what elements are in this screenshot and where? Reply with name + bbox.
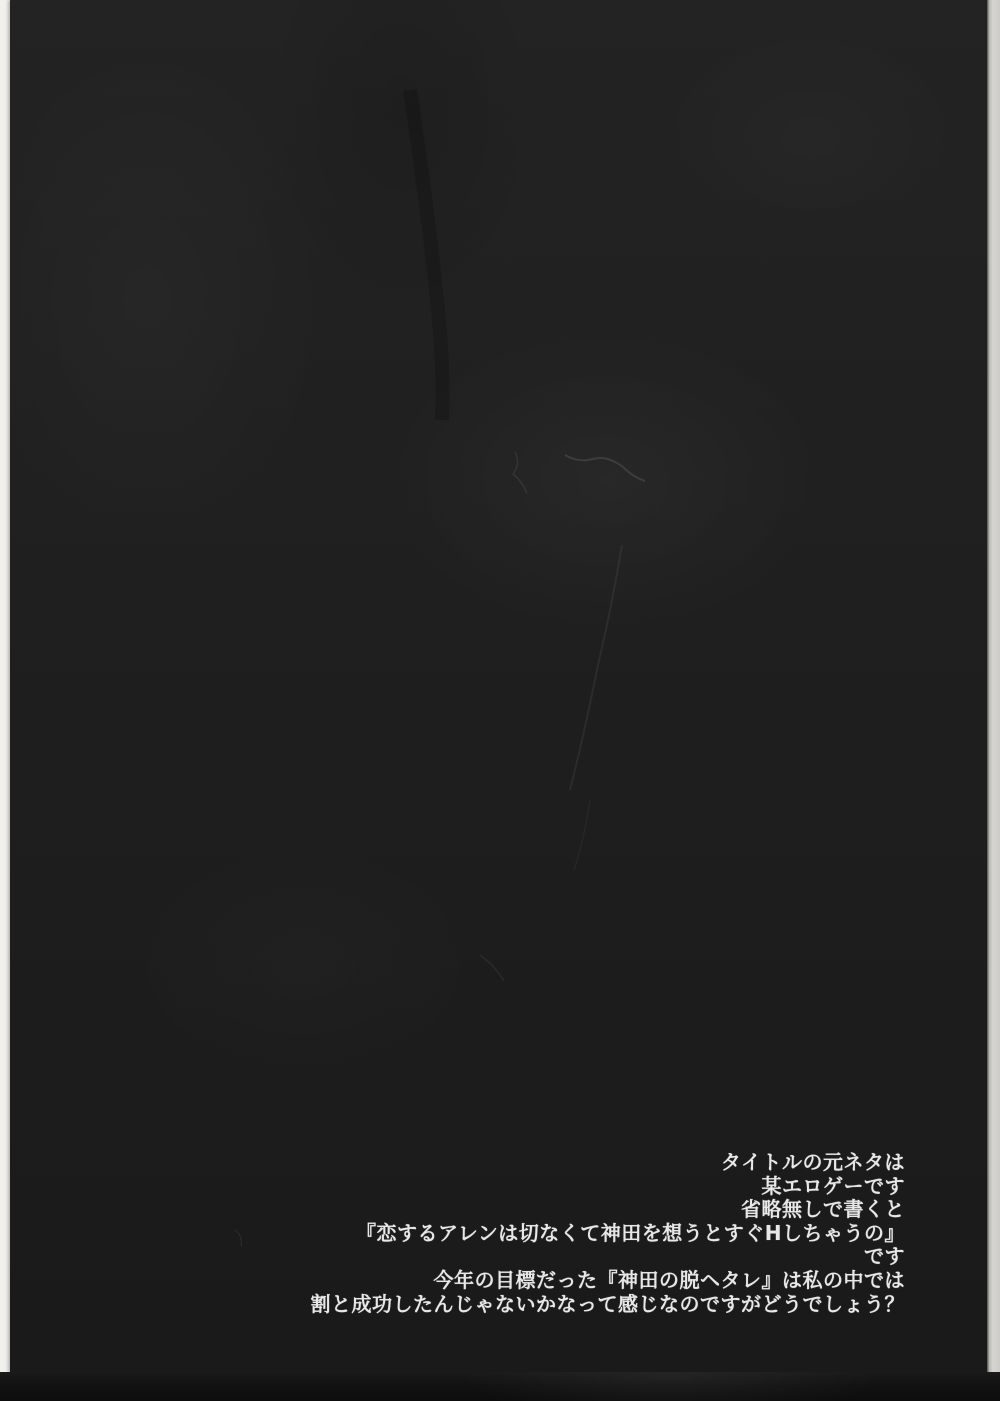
black-page: タイトルの元ネタは 某エロゲーです 省略無しで書くと 『恋するアレンは切なくて神… xyxy=(10,0,987,1374)
afterword-line-4: 『恋するアレンは切なくて神田を想うとすぐHしちゃうの』 xyxy=(185,1222,905,1246)
afterword-line-1: タイトルの元ネタは xyxy=(185,1151,905,1175)
afterword-line-5: です xyxy=(185,1245,905,1269)
afterword-text-block: タイトルの元ネタは 某エロゲーです 省略無しで書くと 『恋するアレンは切なくて神… xyxy=(185,1151,905,1316)
afterword-line-3: 省略無しで書くと xyxy=(185,1198,905,1222)
afterword-line-6: 今年の目標だった『神田の脱ヘタレ』は私の中では xyxy=(185,1269,905,1293)
afterword-line-7: 割と成功したんじゃないかなって感じなのですがどうでしょう？ xyxy=(185,1293,905,1317)
page-bottom-shadow-band xyxy=(0,1372,1000,1401)
scan-backing-right-edge xyxy=(987,0,1000,1374)
afterword-line-2: 某エロゲーです xyxy=(185,1175,905,1199)
